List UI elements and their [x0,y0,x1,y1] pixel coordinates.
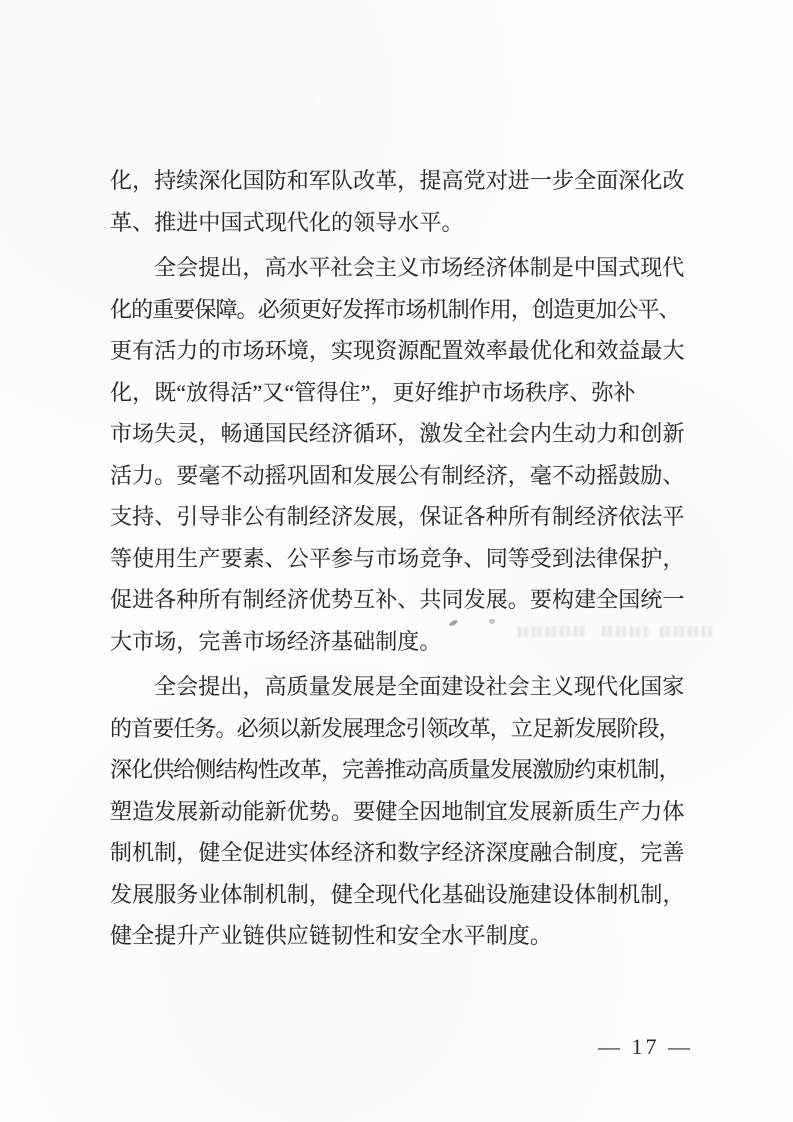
text-line: 的首要任务。必须以新发展理念引领改革，立足新发展阶段， [110,708,686,750]
paragraph: 全会提出，高水平社会主义市场经济体制是中国式现代 化的重要保障。必须更好发挥市场… [110,247,686,662]
text-line: 健全提升产业链供应链韧性和安全水平制度。 [110,915,686,957]
text-line: 全会提出，高水平社会主义市场经济体制是中国式现代 [110,247,686,289]
text-line: 活力。要毫不动摇巩固和发展公有制经济，毫不动摇鼓励、 [110,455,686,497]
paragraph: 全会提出，高质量发展是全面建设社会主义现代化国家 的首要任务。必须以新发展理念引… [110,666,686,957]
footer-page-number: — 17 — [598,1034,693,1060]
text-line: 促进各种所有制经济优势互补、共同发展。要构建全国统一 [110,579,686,621]
text-line: 更有活力的市场环境，实现资源配置效率最优化和效益最大 [110,330,686,372]
text-line: 大市场，完善市场经济基础制度。 [110,621,686,663]
text-line: 市场失灵，畅通国民经济循环，激发全社会内生动力和创新 [110,413,686,455]
paragraph: 化，持续深化国防和军队改革，提高党对进一步全面深化改 革、推进中国式现代化的领导… [110,160,686,243]
document-page: 化，持续深化国防和军队改革，提高党对进一步全面深化改 革、推进中国式现代化的领导… [0,0,793,1122]
text-line: 发展服务业体制机制，健全现代化基础设施建设体制机制， [110,874,686,916]
text-line: 制机制，健全促进实体经济和数字经济深度融合制度，完善 [110,832,686,874]
text-line: 支持、引导非公有制经济发展，保证各种所有制经济依法平 [110,496,686,538]
text-line: 塑造发展新动能新优势。要健全因地制宜发展新质生产力体 [110,791,686,833]
text-line: 化，持续深化国防和军队改革，提高党对进一步全面深化改 [110,160,686,202]
text-line: 化，既“放得活”又“管得住”，更好维护市场秩序、弥补 [110,372,686,414]
document-text-block: 化，持续深化国防和军队改革，提高党对进一步全面深化改 革、推进中国式现代化的领导… [110,160,686,957]
text-line: 革、推进中国式现代化的领导水平。 [110,202,686,244]
text-line: 化的重要保障。必须更好发挥市场机制作用，创造更加公平、 [110,289,686,331]
text-line: 全会提出，高质量发展是全面建设社会主义现代化国家 [110,666,686,708]
text-line: 等使用生产要素、公平参与市场竞争、同等受到法律保护， [110,538,686,580]
text-line: 深化供给侧结构性改革，完善推动高质量发展激励约束机制， [110,749,686,791]
